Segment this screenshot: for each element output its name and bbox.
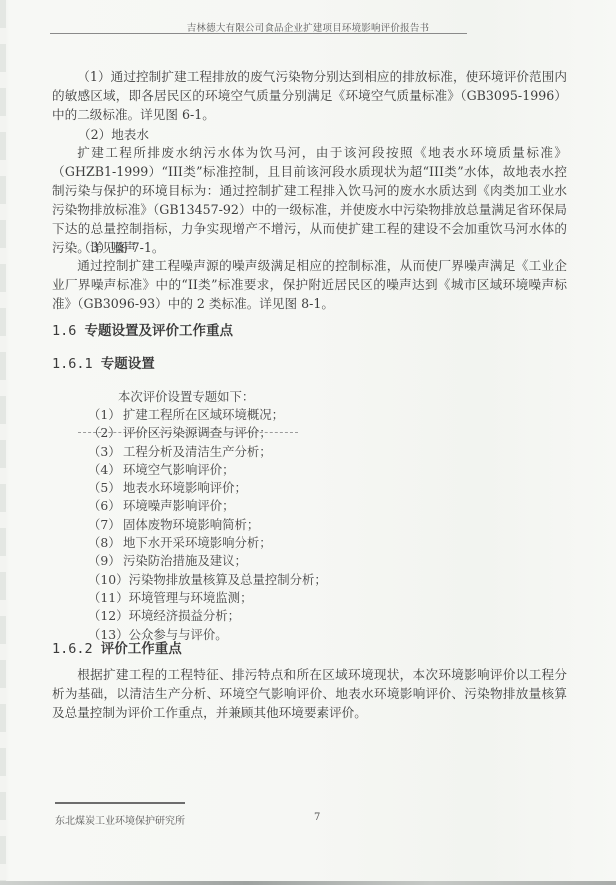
section-1-6-2-heading: 1.6.2 评价工作重点 (52, 637, 182, 657)
list-item: （10）污染物排放量核算及总量控制分析； (88, 571, 327, 589)
header-rule (50, 33, 467, 34)
list-item: （6）环境噪声影响评价； (88, 497, 327, 515)
item-number: （11） (88, 590, 129, 605)
scan-edge-left (0, 0, 6, 885)
item-number: （10） (88, 572, 129, 587)
section-1-6-1-heading: 1.6.1 专题设置 (52, 352, 155, 372)
item-number: （5） (88, 479, 123, 497)
list-item: （11）环境管理与环境监测； (88, 589, 327, 607)
evaluation-focus-paragraph: 根据扩建工程的工程特征、排污特点和所在区域环境现状，本次环境影响评价以工程分析为… (52, 665, 567, 722)
item-text: 地下水开采环境影响分析； (123, 535, 272, 550)
list-item: （7）固体废物环境影响简析； (88, 516, 327, 534)
section-title: 评价工作重点 (101, 641, 182, 657)
item-number: （4） (88, 461, 123, 479)
page-number: 7 (314, 812, 320, 823)
section-number: 1.6.1 (52, 356, 93, 372)
item-text: 固体废物环境影响简析； (123, 517, 259, 532)
section-title: 专题设置 (101, 356, 155, 372)
item-number: （3） (88, 443, 123, 461)
running-header: 吉林德大有限公司食品企业扩建项目环境影响评价报告书 (0, 20, 616, 34)
noise-objective-paragraph: 通过控制扩建工程噪声源的噪声级满足相应的控制标准，从而使厂界噪声满足《工业企业厂… (52, 256, 567, 313)
section-number: 1.6.2 (52, 641, 93, 657)
noise-heading: （3）噪声 (78, 237, 136, 256)
item-number: （2） (88, 424, 123, 442)
item-text: 污染防治措施及建议； (123, 553, 247, 568)
item-number: （9） (88, 552, 123, 570)
list-item: （9）污染防治措施及建议； (88, 552, 327, 570)
item-number: （12） (88, 608, 129, 623)
footer-rule (55, 802, 185, 804)
air-objective-paragraph: （1）通过控制扩建工程排放的废气污染物分别达到相应的排放标准，使环境评价范围内的… (52, 67, 567, 124)
list-item: （1）扩建工程所在区域环境概况； (88, 406, 327, 424)
footer-organization: 东北煤炭工业环境保护研究所 (55, 812, 185, 827)
item-text: 工程分析及清洁生产分析； (123, 444, 272, 459)
item-text: 评价区污染源调查与评价； (123, 425, 272, 440)
scan-edge-bottom (0, 881, 616, 885)
item-text: 环境经济损益分析； (129, 608, 241, 623)
list-item: （12）环境经济损益分析； (88, 607, 327, 625)
item-text: 污染物排放量核算及总量控制分析； (129, 572, 327, 587)
section-title: 专题设置及评价工作重点 (85, 323, 234, 339)
topics-list: （1）扩建工程所在区域环境概况； （2）评价区污染源调查与评价； （3）工程分析… (88, 406, 327, 644)
item-number: （1） (88, 406, 123, 424)
item-number: （7） (88, 516, 123, 534)
list-item: （8）地下水开采环境影响分析； (88, 534, 327, 552)
list-item: （4）环境空气影响评价； (88, 461, 327, 479)
item-text: 扩建工程所在区域环境概况； (123, 407, 284, 422)
topics-intro: 本次评价设置专题如下： (118, 387, 254, 405)
section-number: 1.6 (52, 323, 76, 339)
list-item: （2）评价区污染源调查与评价； (88, 424, 327, 442)
water-heading: （2）地表水 (78, 124, 149, 143)
item-number: （6） (88, 497, 123, 515)
item-text: 环境噪声影响评价； (123, 498, 235, 513)
section-1-6-heading: 1.6 专题设置及评价工作重点 (52, 319, 233, 339)
list-item: （3）工程分析及清洁生产分析； (88, 443, 327, 461)
item-text: 环境管理与环境监测； (129, 590, 253, 605)
item-text: 地表水环境影响评价； (123, 480, 247, 495)
document-page: 吉林德大有限公司食品企业扩建项目环境影响评价报告书 （1）通过控制扩建工程排放的… (0, 0, 616, 885)
item-number: （8） (88, 534, 123, 552)
item-text: 环境空气影响评价； (123, 462, 235, 477)
list-item: （5）地表水环境影响评价； (88, 479, 327, 497)
